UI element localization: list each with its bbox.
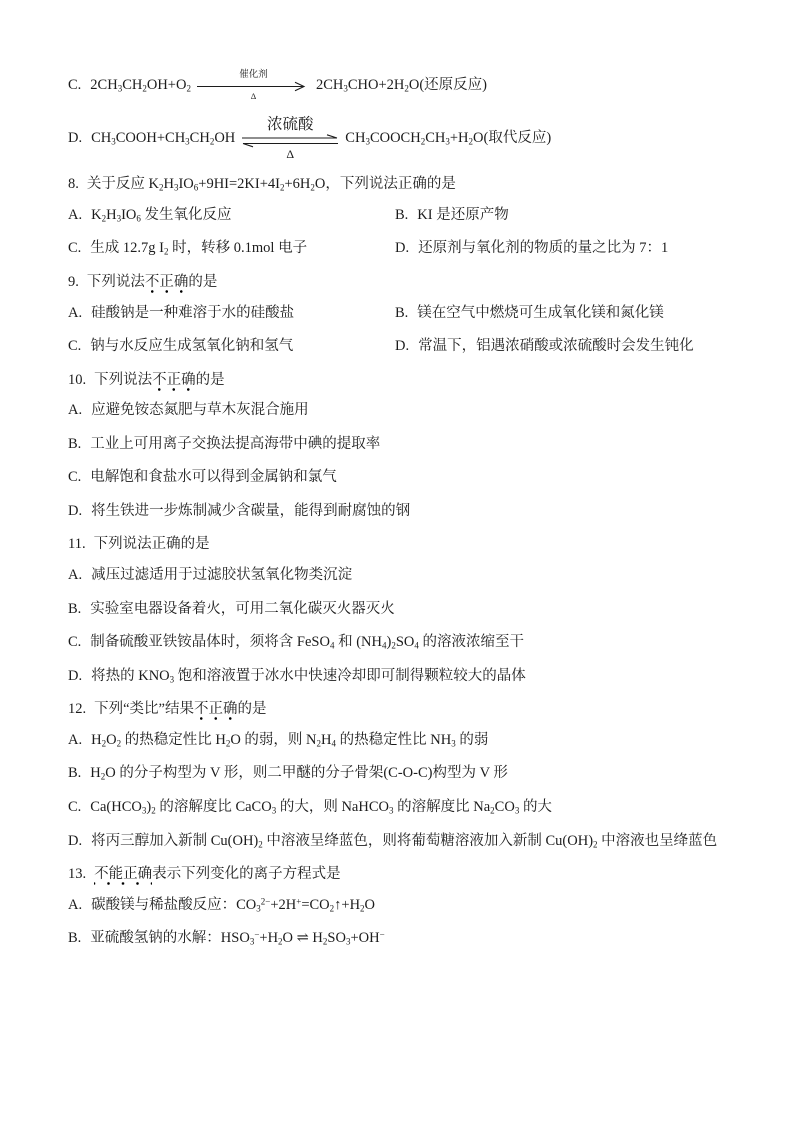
option-line: B.H2O 的分子构型为 V 形，则二甲醚的分子骨架(C-O-C)构型为 V 形 xyxy=(68,764,735,784)
option-text: 制备硫酸亚铁铵晶体时，须将含 FeSO4 和 (NH4)2SO4 的溶液浓缩至干 xyxy=(90,633,524,653)
option-text: Ca(HCO3)2 的溶解度比 CaCO3 的大，则 NaHCO3 的溶解度比 … xyxy=(90,798,552,818)
option-text: KI 是还原产物 xyxy=(417,206,508,226)
option-text: 将生铁进一步炼制减少含碳量，能得到耐腐蚀的钢 xyxy=(91,502,410,522)
question-block: 10. 下列说法不正确的是 A.应避免铵态氮肥与草木灰混合施用B.工业上可用离子… xyxy=(68,371,735,522)
option-text: 硅酸钠是一种难溶于水的硅酸盐 xyxy=(91,304,294,324)
option-label: B. xyxy=(395,206,408,226)
option-text: 钠与水反应生成氢氧化钠和氢气 xyxy=(90,337,293,357)
option-text: 还原剂与氧化剂的物质的量之比为 7：1 xyxy=(418,239,668,259)
question-block: 8. 关于反应 K2H3IO6+9HI=2KI+4I2+6H2O，下列说法正确的… xyxy=(68,175,735,259)
catalyst-label: 催化剂 xyxy=(239,70,268,81)
questions: 8. 关于反应 K2H3IO6+9HI=2KI+4I2+6H2O，下列说法正确的… xyxy=(68,175,735,949)
option-line: C.制备硫酸亚铁铵晶体时，须将含 FeSO4 和 (NH4)2SO4 的溶液浓缩… xyxy=(68,633,735,653)
previous-question-options: C. 2CH3CH2OH+O2 催化剂 Δ 2CH3CHO+2H2O(还原反应)… xyxy=(68,70,735,161)
option-label: A. xyxy=(68,731,82,751)
option-line: A.减压过滤适用于过滤胶状氢氧化物类沉淀 xyxy=(68,566,735,586)
option-line: C.生成 12.7g I2 时，转移 0.1mol 电子 xyxy=(68,239,395,259)
option-line: B.工业上可用离子交换法提高海带中碘的提取率 xyxy=(68,435,735,455)
equilibrium-arrow-icon xyxy=(240,134,340,148)
option-label: B. xyxy=(68,600,81,620)
option-text: 常温下，铝遇浓硝酸或浓硫酸时会发生钝化 xyxy=(418,337,694,357)
option-line: D.将热的 KNO3 饱和溶液置于冰水中快速冷却即可制得颗粒较大的晶体 xyxy=(68,667,735,687)
question-stem: 下列说法不正确的是 xyxy=(94,371,225,391)
option-line: A.H2O2 的热稳定性比 H2O 的弱，则 N2H4 的热稳定性比 NH3 的… xyxy=(68,731,735,751)
option-line: A.硅酸钠是一种难溶于水的硅酸盐 xyxy=(68,304,395,324)
option-line: A.碳酸镁与稀盐酸反应：CO32−+2H+=CO2↑+H2O xyxy=(68,896,735,916)
option-line: C.电解饱和食盐水可以得到金属钠和氯气 xyxy=(68,468,735,488)
exam-document-page: C. 2CH3CH2OH+O2 催化剂 Δ 2CH3CHO+2H2O(还原反应)… xyxy=(0,0,793,1122)
option-label: C. xyxy=(68,633,81,653)
option-label: A. xyxy=(68,304,82,324)
option-line: C. 2CH3CH2OH+O2 催化剂 Δ 2CH3CHO+2H2O(还原反应) xyxy=(68,70,735,102)
option-text: 碳酸镁与稀盐酸反应：CO32−+2H+=CO2↑+H2O xyxy=(91,896,375,916)
option-label: D. xyxy=(395,239,409,259)
option-line: A.应避免铵态氮肥与草木灰混合施用 xyxy=(68,401,735,421)
question-number: 10. xyxy=(68,371,86,391)
question-stem: 关于反应 K2H3IO6+9HI=2KI+4I2+6H2O，下列说法正确的是 xyxy=(87,175,456,195)
option-line: D.将生铁进一步炼制减少含碳量，能得到耐腐蚀的钢 xyxy=(68,502,735,522)
question-block: 9. 下列说法不正确的是 A.硅酸钠是一种难溶于水的硅酸盐B.镁在空气中燃烧可生… xyxy=(68,273,735,357)
option-label: A. xyxy=(68,566,82,586)
question-stem: 下列说法不正确的是 xyxy=(87,273,218,293)
option-text: H2O 的分子构型为 V 形，则二甲醚的分子骨架(C-O-C)构型为 V 形 xyxy=(90,764,508,784)
formula-reactants: 2CH3CH2OH+O2 xyxy=(90,76,191,96)
option-list: A.减压过滤适用于过滤胶状氢氧化物类沉淀B.实验室电器设备着火，可用二氧化碳灭火… xyxy=(68,566,735,686)
reaction-condition-arrow: 催化剂 Δ xyxy=(196,70,311,102)
option-line: D.将丙三醇加入新制 Cu(OH)2 中溶液呈绛蓝色，则将葡萄糖溶液加入新制 C… xyxy=(68,832,735,852)
option-label: D. xyxy=(68,502,82,522)
question-stem: 下列说法正确的是 xyxy=(94,535,210,555)
question-stem: 不能正确表示下列变化的离子方程式是 xyxy=(94,865,341,885)
question-block: 12. 下列“类比”结果不正确的是 A.H2O2 的热稳定性比 H2O 的弱，则… xyxy=(68,700,735,851)
option-text: 减压过滤适用于过滤胶状氢氧化物类沉淀 xyxy=(91,566,352,586)
option-label: B. xyxy=(68,435,81,455)
option-label: D. xyxy=(68,129,82,149)
option-text: K2H3IO6 发生氧化反应 xyxy=(91,206,231,226)
delta-label: Δ xyxy=(286,148,294,162)
option-line: B.KI 是还原产物 xyxy=(395,206,735,226)
option-text: 镁在空气中燃烧可生成氧化镁和氮化镁 xyxy=(417,304,664,324)
question-number: 9. xyxy=(68,273,79,293)
option-text: 工业上可用离子交换法提高海带中碘的提取率 xyxy=(90,435,380,455)
option-text: H2O2 的热稳定性比 H2O 的弱，则 N2H4 的热稳定性比 NH3 的弱 xyxy=(91,731,488,751)
option-line: B.亚硫酸氢钠的水解：HSO3−+H2O ⇌ H2SO3+OH− xyxy=(68,929,735,949)
option-line: C.Ca(HCO3)2 的溶解度比 CaCO3 的大，则 NaHCO3 的溶解度… xyxy=(68,798,735,818)
question-number: 8. xyxy=(68,175,79,195)
question-number: 12. xyxy=(68,700,86,720)
option-list: A.K2H3IO6 发生氧化反应B.KI 是还原产物C.生成 12.7g I2 … xyxy=(68,206,735,259)
condition-label: 浓硫酸 xyxy=(267,116,314,134)
option-label: B. xyxy=(68,929,81,949)
option-label: A. xyxy=(68,206,82,226)
option-label: C. xyxy=(68,76,81,96)
option-line: B.实验室电器设备着火，可用二氧化碳灭火器灭火 xyxy=(68,600,735,620)
option-line: D. CH3COOH+CH3CH2OH 浓硫酸 Δ CH3COOCH2CH3+H… xyxy=(68,116,735,162)
question-stem: 下列“类比”结果不正确的是 xyxy=(94,700,266,720)
option-line: D.还原剂与氧化剂的物质的量之比为 7：1 xyxy=(395,239,735,259)
option-list: A.硅酸钠是一种难溶于水的硅酸盐B.镁在空气中燃烧可生成氧化镁和氮化镁C.钠与水… xyxy=(68,304,735,357)
option-label: D. xyxy=(395,337,409,357)
option-line: A.K2H3IO6 发生氧化反应 xyxy=(68,206,395,226)
formula-products: 2CH3CHO+2H2O(还原反应) xyxy=(316,76,487,96)
option-label: C. xyxy=(68,337,81,357)
option-label: C. xyxy=(68,239,81,259)
option-text: 实验室电器设备着火，可用二氧化碳灭火器灭火 xyxy=(90,600,395,620)
option-label: A. xyxy=(68,401,82,421)
option-line: C.钠与水反应生成氢氧化钠和氢气 xyxy=(68,337,395,357)
option-label: B. xyxy=(395,304,408,324)
option-label: D. xyxy=(68,832,82,852)
formula-products: CH3COOCH2CH3+H2O(取代反应) xyxy=(345,129,551,149)
option-text: 亚硫酸氢钠的水解：HSO3−+H2O ⇌ H2SO3+OH− xyxy=(90,929,384,949)
option-label: D. xyxy=(68,667,82,687)
option-label: A. xyxy=(68,896,82,916)
option-label: B. xyxy=(68,764,81,784)
reaction-condition-arrow: 浓硫酸 Δ xyxy=(240,116,340,162)
option-label: C. xyxy=(68,468,81,488)
option-list: A.H2O2 的热稳定性比 H2O 的弱，则 N2H4 的热稳定性比 NH3 的… xyxy=(68,731,735,851)
option-list: A.应避免铵态氮肥与草木灰混合施用B.工业上可用离子交换法提高海带中碘的提取率C… xyxy=(68,401,735,521)
option-line: D.常温下，铝遇浓硝酸或浓硫酸时会发生钝化 xyxy=(395,337,735,357)
formula-reactants: CH3COOH+CH3CH2OH xyxy=(91,129,235,149)
option-text: 电解饱和食盐水可以得到金属钠和氯气 xyxy=(90,468,337,488)
option-line: B.镁在空气中燃烧可生成氧化镁和氮化镁 xyxy=(395,304,735,324)
option-text: 将丙三醇加入新制 Cu(OH)2 中溶液呈绛蓝色，则将葡萄糖溶液加入新制 Cu(… xyxy=(91,832,717,852)
question-number: 13. xyxy=(68,865,86,885)
option-text: 生成 12.7g I2 时，转移 0.1mol 电子 xyxy=(90,239,307,259)
question-block: 13. 不能正确表示下列变化的离子方程式是 A.碳酸镁与稀盐酸反应：CO32−+… xyxy=(68,865,735,949)
option-label: C. xyxy=(68,798,81,818)
option-text: 将热的 KNO3 饱和溶液置于冰水中快速冷却即可制得颗粒较大的晶体 xyxy=(91,667,526,687)
option-text: 应避免铵态氮肥与草木灰混合施用 xyxy=(91,401,309,421)
option-list: A.碳酸镁与稀盐酸反应：CO32−+2H+=CO2↑+H2OB.亚硫酸氢钠的水解… xyxy=(68,896,735,949)
question-number: 11. xyxy=(68,535,86,555)
delta-label: Δ xyxy=(251,92,256,102)
question-block: 11. 下列说法正确的是 A.减压过滤适用于过滤胶状氢氧化物类沉淀B.实验室电器… xyxy=(68,535,735,686)
